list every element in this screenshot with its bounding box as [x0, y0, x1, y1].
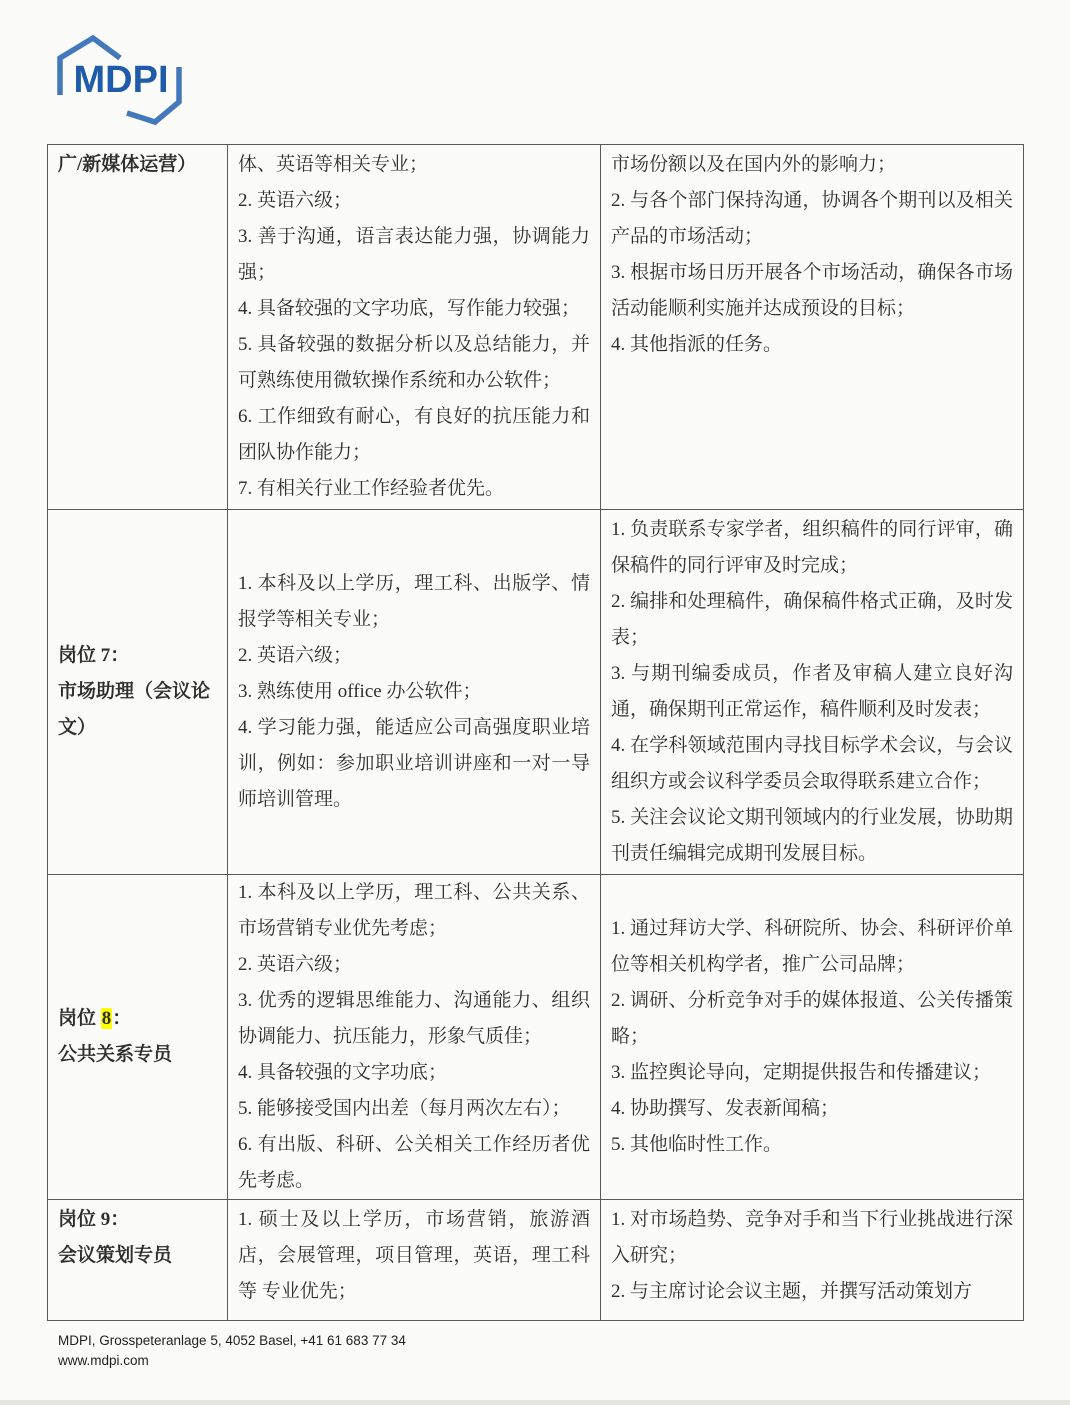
list-item: 3. 监控舆论导向，定期提供报告和传播建议；	[611, 1055, 1013, 1091]
position-cell: 广/新媒体运营）	[48, 145, 228, 510]
list-item: 4. 其他指派的任务。	[611, 327, 1013, 363]
responsibilities-cell: 1. 负责联系专家学者，组织稿件的同行评审，确保稿件的同行评审及时完成；2. 编…	[601, 510, 1024, 875]
table-row: 岗位 9： 会议策划专员 1. 硕士及以上学历，市场营销，旅游酒店，会展管理，项…	[48, 1200, 1024, 1321]
table-row: 广/新媒体运营） 体、英语等相关专业；2. 英语六级；3. 善于沟通，语言表达能…	[48, 145, 1024, 510]
position-cell: 岗位 9： 会议策划专员	[48, 1200, 228, 1321]
list-item: 3. 善于沟通，语言表达能力强，协调能力强；	[238, 219, 590, 291]
list-item: 2. 英语六级；	[238, 183, 590, 219]
footer-website: www.mdpi.com	[58, 1351, 406, 1371]
position-number: 岗位 9：	[58, 1202, 217, 1238]
position-cell: 岗位 7： 市场助理（会议论文）	[48, 510, 228, 875]
footer-address: MDPI, Grosspeteranlage 5, 4052 Basel, +4…	[58, 1331, 406, 1351]
responsibilities-cell: 1. 对市场趋势、竞争对手和当下行业挑战进行深入研究；2. 与主席讨论会议主题，…	[601, 1200, 1024, 1321]
position-number: 岗位 8：	[58, 1001, 217, 1037]
list-item: 2. 英语六级；	[238, 947, 590, 983]
list-item: 6. 工作细致有耐心，有良好的抗压能力和团队协作能力；	[238, 399, 590, 471]
requirements-cell: 1. 本科及以上学历，理工科、出版学、情报学等相关专业；2. 英语六级；3. 熟…	[228, 510, 601, 875]
position-title: 广/新媒体运营）	[58, 147, 217, 183]
document-page: MDPI 广/新媒体运营） 体、英语等相关专业；2. 英语六级；3. 善于沟通，…	[0, 0, 1070, 1405]
list-item: 1. 本科及以上学历，理工科、公共关系、市场营销专业优先考虑；	[238, 875, 590, 947]
list-item: 2. 与各个部门保持沟通，协调各个期刊以及相关产品的市场活动；	[611, 183, 1013, 255]
list-item: 3. 优秀的逻辑思维能力、沟通能力、组织协调能力、抗压能力，形象气质佳；	[238, 983, 590, 1055]
requirements-cell: 1. 本科及以上学历，理工科、公共关系、市场营销专业优先考虑；2. 英语六级；3…	[228, 875, 601, 1200]
scan-edge-shadow	[0, 1400, 1070, 1405]
list-item: 2. 与主席讨论会议主题，并撰写活动策划方	[611, 1274, 1013, 1310]
table-row: 岗位 7： 市场助理（会议论文） 1. 本科及以上学历，理工科、出版学、情报学等…	[48, 510, 1024, 875]
mdpi-logo: MDPI	[50, 34, 190, 129]
list-item: 4. 具备较强的文字功底；	[238, 1055, 590, 1091]
list-item: 5. 关注会议论文期刊领域内的行业发展，协助期刊责任编辑完成期刊发展目标。	[611, 800, 1013, 872]
position-cell: 岗位 8： 公共关系专员	[48, 875, 228, 1200]
list-item: 2. 调研、分析竞争对手的媒体报道、公关传播策略；	[611, 983, 1013, 1055]
list-item: 4. 在学科领域范围内寻找目标学术会议，与会议组织方或会议科学委员会取得联系建立…	[611, 728, 1013, 800]
list-item: 市场份额以及在国内外的影响力；	[611, 147, 1013, 183]
page-footer: MDPI, Grosspeteranlage 5, 4052 Basel, +4…	[58, 1331, 406, 1371]
list-item: 1. 负责联系专家学者，组织稿件的同行评审，确保稿件的同行评审及时完成；	[611, 512, 1013, 584]
position-title: 市场助理（会议论文）	[58, 674, 217, 746]
list-item: 1. 通过拜访大学、科研院所、协会、科研评价单位等相关机构学者，推广公司品牌；	[611, 911, 1013, 983]
logo-text: MDPI	[74, 59, 169, 101]
mdpi-logo-graphic: MDPI	[50, 34, 190, 129]
list-item: 体、英语等相关专业；	[238, 147, 590, 183]
highlighted-number: 8	[101, 1008, 113, 1029]
position-number: 岗位 7：	[58, 638, 217, 674]
list-item: 7. 有相关行业工作经验者优先。	[238, 471, 590, 507]
positions-table: 广/新媒体运营） 体、英语等相关专业；2. 英语六级；3. 善于沟通，语言表达能…	[47, 144, 1024, 1321]
list-item: 3. 熟练使用 office 办公软件；	[238, 674, 590, 710]
list-item: 1. 本科及以上学历，理工科、出版学、情报学等相关专业；	[238, 566, 590, 638]
requirements-cell: 1. 硕士及以上学历，市场营销，旅游酒店，会展管理，项目管理，英语，理工科等 专…	[228, 1200, 601, 1321]
list-item: 5. 其他临时性工作。	[611, 1127, 1013, 1163]
list-item: 4. 具备较强的文字功底，写作能力较强；	[238, 291, 590, 327]
list-item: 6. 有出版、科研、公关相关工作经历者优先考虑。	[238, 1127, 590, 1199]
list-item: 2. 英语六级；	[238, 638, 590, 674]
position-title: 会议策划专员	[58, 1238, 217, 1274]
list-item: 4. 协助撰写、发表新闻稿；	[611, 1091, 1013, 1127]
requirements-cell: 体、英语等相关专业；2. 英语六级；3. 善于沟通，语言表达能力强，协调能力强；…	[228, 145, 601, 510]
list-item: 5. 能够接受国内出差（每月两次左右）；	[238, 1091, 590, 1127]
position-number-prefix: 岗位	[58, 1008, 101, 1029]
list-item: 4. 学习能力强，能适应公司高强度职业培训，例如：参加职业培训讲座和一对一导师培…	[238, 710, 590, 818]
responsibilities-cell: 市场份额以及在国内外的影响力；2. 与各个部门保持沟通，协调各个期刊以及相关产品…	[601, 145, 1024, 510]
list-item: 3. 根据市场日历开展各个市场活动，确保各市场活动能顺利实施并达成预设的目标；	[611, 255, 1013, 327]
list-item: 2. 编排和处理稿件，确保稿件格式正确，及时发表；	[611, 584, 1013, 656]
position-number-suffix: ：	[112, 1008, 131, 1029]
list-item: 5. 具备较强的数据分析以及总结能力，并可熟练使用微软操作系统和办公软件；	[238, 327, 590, 399]
list-item: 1. 硕士及以上学历，市场营销，旅游酒店，会展管理，项目管理，英语，理工科等 专…	[238, 1202, 590, 1310]
position-title: 公共关系专员	[58, 1037, 217, 1073]
table-row: 岗位 8： 公共关系专员 1. 本科及以上学历，理工科、公共关系、市场营销专业优…	[48, 875, 1024, 1200]
list-item: 1. 对市场趋势、竞争对手和当下行业挑战进行深入研究；	[611, 1202, 1013, 1274]
responsibilities-cell: 1. 通过拜访大学、科研院所、协会、科研评价单位等相关机构学者，推广公司品牌；2…	[601, 875, 1024, 1200]
list-item: 3. 与期刊编委成员，作者及审稿人建立良好沟通，确保期刊正常运作，稿件顺利及时发…	[611, 656, 1013, 728]
